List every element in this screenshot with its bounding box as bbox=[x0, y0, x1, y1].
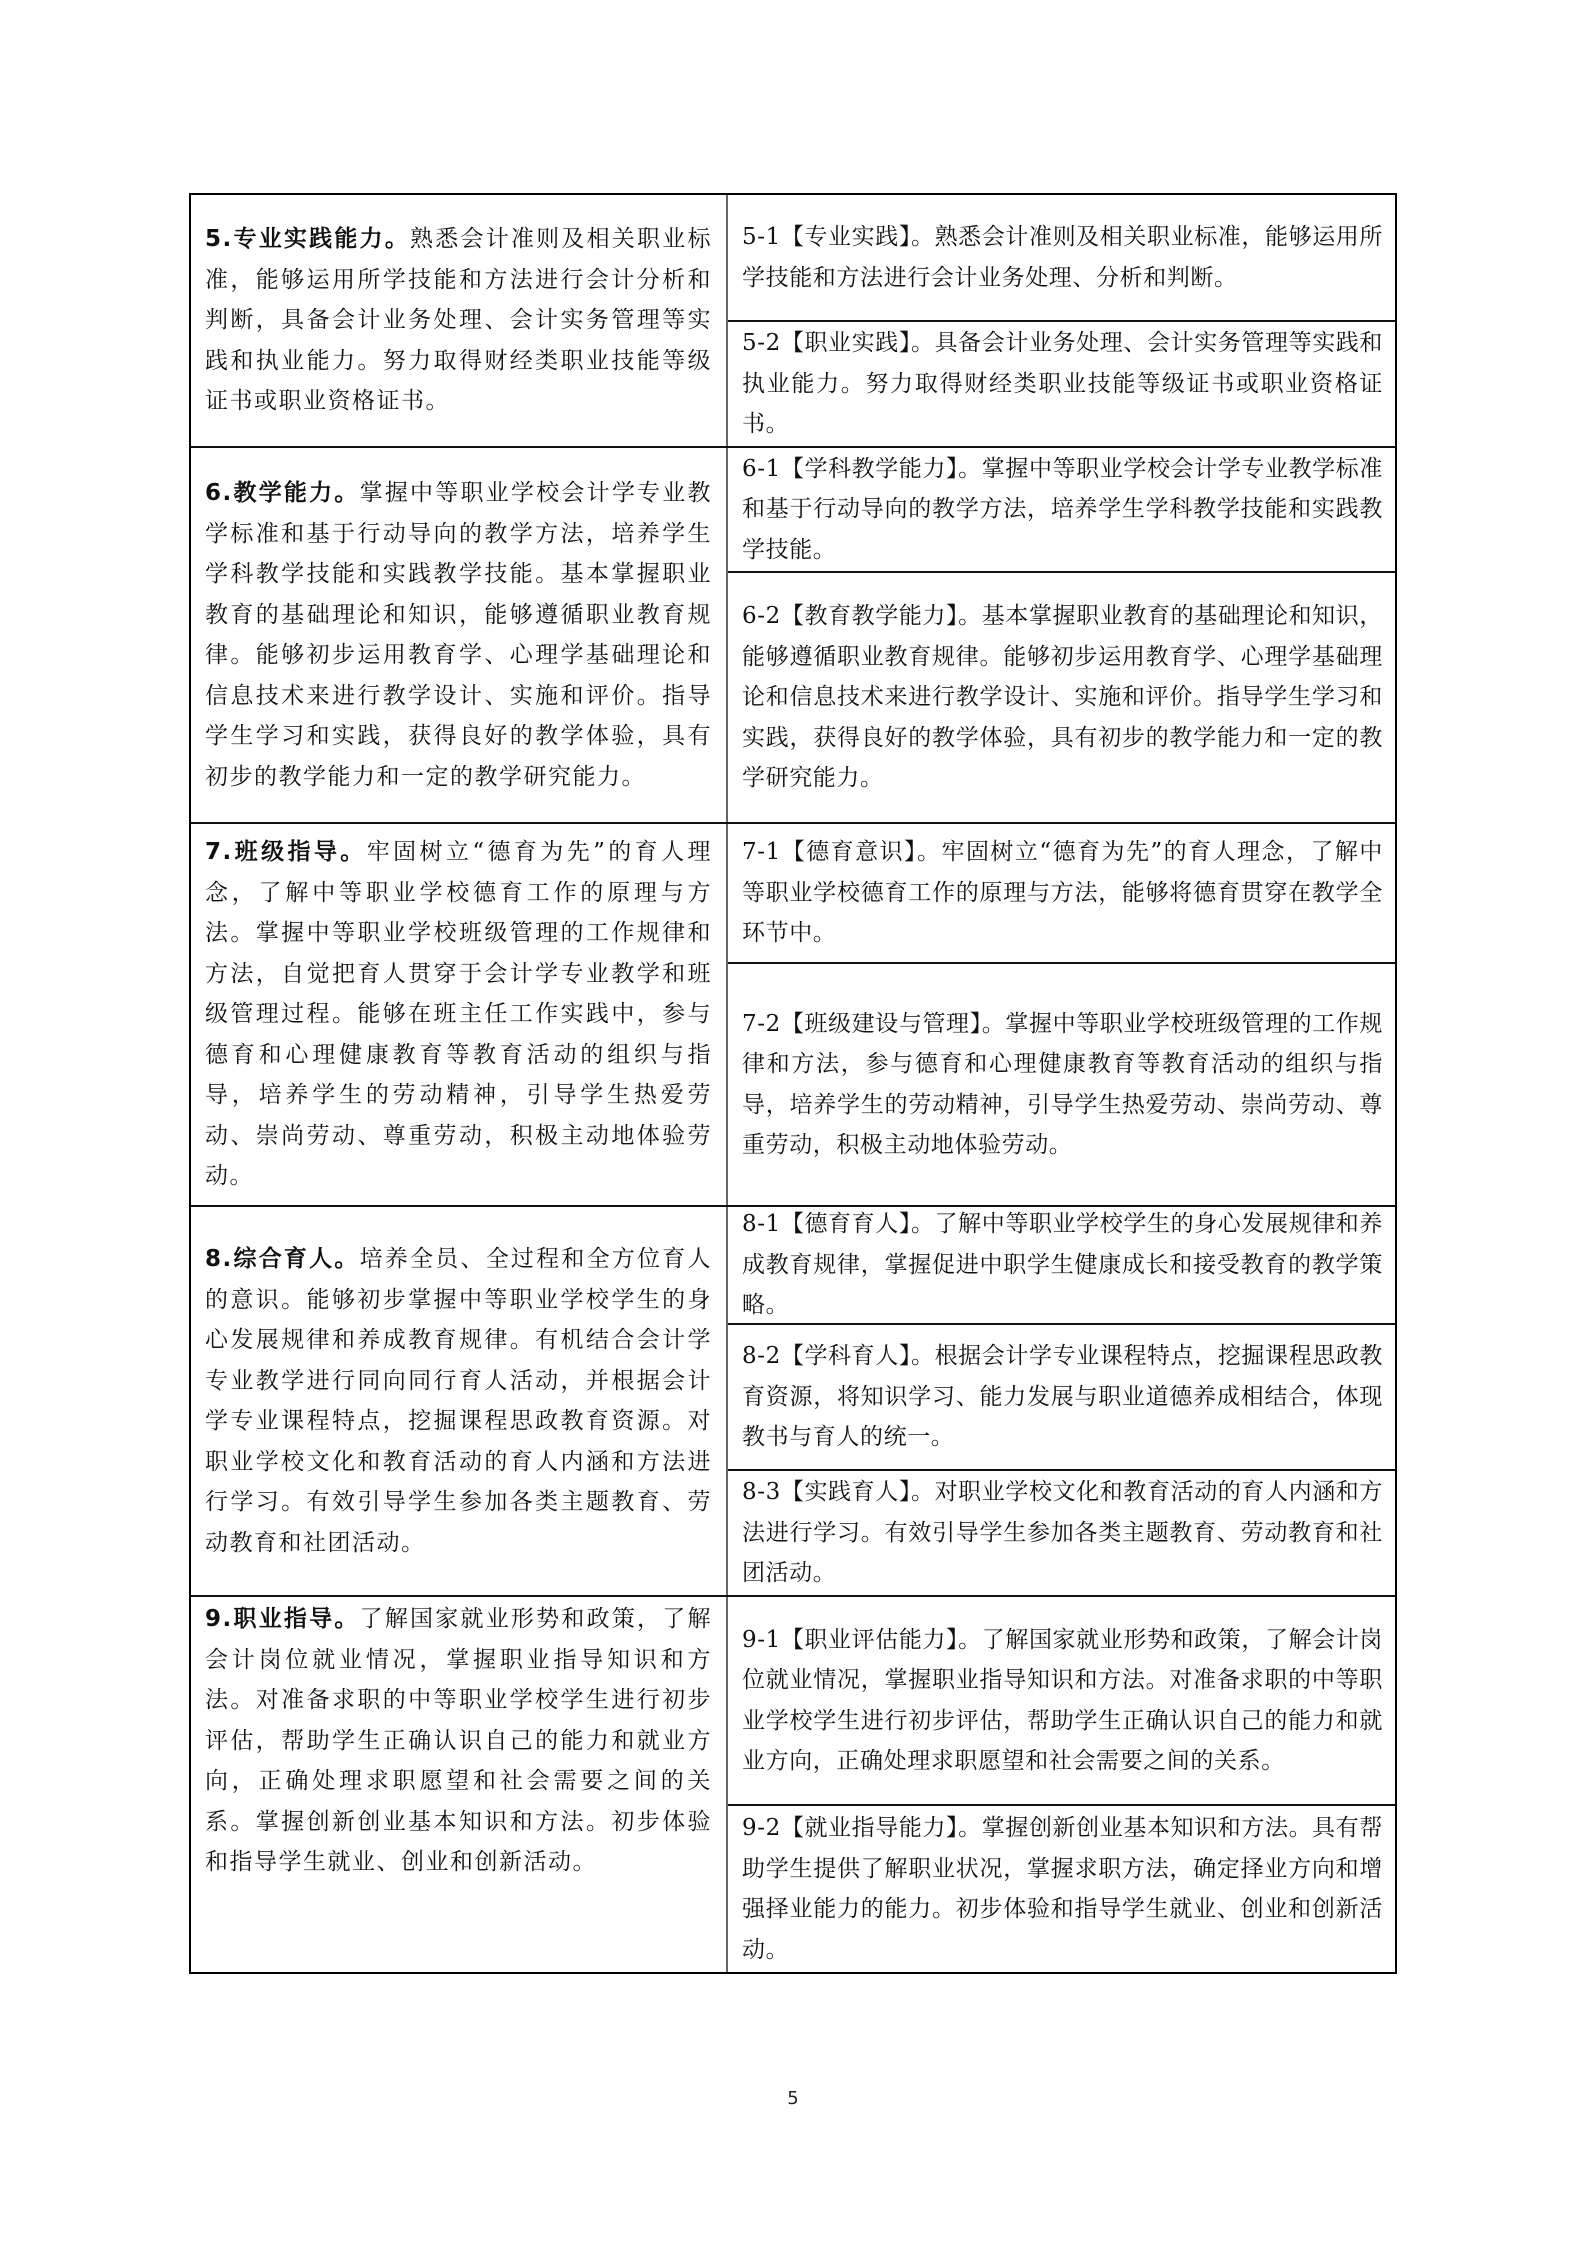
table-row-8: 8.综合育人。培养全员、全过程和全方位育人的意识。能够初步掌握中等职业学校学生的… bbox=[191, 1207, 1395, 1597]
table-row-6: 6.教学能力。掌握中等职业学校会计学专业教学标准和基于行动导向的教学方法，培养学… bbox=[191, 448, 1395, 824]
indicator-text: 9-2【就业指导能力】。掌握创新创业基本知识和方法。具有帮助学生提供了解职业状况… bbox=[742, 1808, 1383, 1970]
requirement-title: 8.综合育人。 bbox=[205, 1246, 360, 1272]
requirement-title: 7.班级指导。 bbox=[205, 839, 367, 865]
indicator-cell-7-1: 7-1【德育意识】。牢固树立“德育为先”的育人理念，了解中等职业学校德育工作的原… bbox=[728, 824, 1395, 964]
requirement-text: 6.教学能力。掌握中等职业学校会计学专业教学标准和基于行动导向的教学方法，培养学… bbox=[205, 473, 712, 797]
table-row-9: 9.职业指导。了解国家就业形势和政策，了解会计岗位就业情况，掌握职业指导知识和方… bbox=[191, 1597, 1395, 1972]
requirement-cell-5: 5.专业实践能力。熟悉会计准则及相关职业标准，能够运用所学技能和方法进行会计分析… bbox=[191, 195, 728, 446]
indicator-cell-6-2: 6-2【教育教学能力】。基本掌握职业教育的基础理论和知识，能够遵循职业教育规律。… bbox=[728, 573, 1395, 822]
indicator-column-9: 9-1【职业评估能力】。了解国家就业形势和政策，了解会计岗位就业情况，掌握职业指… bbox=[728, 1597, 1395, 1972]
indicator-text: 7-1【德育意识】。牢固树立“德育为先”的育人理念，了解中等职业学校德育工作的原… bbox=[742, 832, 1383, 954]
requirement-cell-8: 8.综合育人。培养全员、全过程和全方位育人的意识。能够初步掌握中等职业学校学生的… bbox=[191, 1207, 728, 1595]
indicator-column-8: 8-1【德育育人】。了解中等职业学校学生的身心发展规律和养成教育规律，掌握促进中… bbox=[728, 1207, 1395, 1595]
requirement-text: 8.综合育人。培养全员、全过程和全方位育人的意识。能够初步掌握中等职业学校学生的… bbox=[205, 1239, 712, 1563]
indicator-text: 6-2【教育教学能力】。基本掌握职业教育的基础理论和知识，能够遵循职业教育规律。… bbox=[742, 596, 1383, 799]
indicator-column-5: 5-1【专业实践】。熟悉会计准则及相关职业标准，能够运用所学技能和方法进行会计业… bbox=[728, 195, 1395, 446]
indicator-cell-9-1: 9-1【职业评估能力】。了解国家就业形势和政策，了解会计岗位就业情况，掌握职业指… bbox=[728, 1597, 1395, 1806]
requirement-title: 9.职业指导。 bbox=[205, 1606, 360, 1632]
indicator-text: 5-2【职业实践】。具备会计业务处理、会计实务管理等实践和执业能力。努力取得财经… bbox=[742, 323, 1383, 445]
requirement-cell-9: 9.职业指导。了解国家就业形势和政策，了解会计岗位就业情况，掌握职业指导知识和方… bbox=[191, 1597, 728, 1972]
indicator-column-7: 7-1【德育意识】。牢固树立“德育为先”的育人理念，了解中等职业学校德育工作的原… bbox=[728, 824, 1395, 1205]
indicator-cell-8-2: 8-2【学科育人】。根据会计学专业课程特点，挖掘课程思政教育资源，将知识学习、能… bbox=[728, 1325, 1395, 1471]
table-row-5: 5.专业实践能力。熟悉会计准则及相关职业标准，能够运用所学技能和方法进行会计分析… bbox=[191, 195, 1395, 448]
indicator-text: 9-1【职业评估能力】。了解国家就业形势和政策，了解会计岗位就业情况，掌握职业指… bbox=[742, 1620, 1383, 1782]
indicator-cell-6-1: 6-1【学科教学能力】。掌握中等职业学校会计学专业教学标准和基于行动导向的教学方… bbox=[728, 448, 1395, 573]
indicator-text: 7-2【班级建设与管理】。掌握中等职业学校班级管理的工作规律和方法，参与德育和心… bbox=[742, 1004, 1383, 1166]
requirement-text: 7.班级指导。牢固树立“德育为先”的育人理念，了解中等职业学校德育工作的原理与方… bbox=[205, 832, 712, 1197]
requirement-text: 9.职业指导。了解国家就业形势和政策，了解会计岗位就业情况，掌握职业指导知识和方… bbox=[205, 1599, 712, 1883]
document-page: 5.专业实践能力。熟悉会计准则及相关职业标准，能够运用所学技能和方法进行会计分析… bbox=[0, 0, 1586, 2245]
indicator-cell-5-2: 5-2【职业实践】。具备会计业务处理、会计实务管理等实践和执业能力。努力取得财经… bbox=[728, 322, 1395, 446]
indicator-text: 6-1【学科教学能力】。掌握中等职业学校会计学专业教学标准和基于行动导向的教学方… bbox=[742, 449, 1383, 571]
page-number: 5 bbox=[0, 2088, 1586, 2109]
requirement-text: 5.专业实践能力。熟悉会计准则及相关职业标准，能够运用所学技能和方法进行会计分析… bbox=[205, 219, 712, 422]
requirement-cell-7: 7.班级指导。牢固树立“德育为先”的育人理念，了解中等职业学校德育工作的原理与方… bbox=[191, 824, 728, 1205]
requirement-cell-6: 6.教学能力。掌握中等职业学校会计学专业教学标准和基于行动导向的教学方法，培养学… bbox=[191, 448, 728, 822]
indicator-cell-8-3: 8-3【实践育人】。对职业学校文化和教育活动的育人内涵和方法进行学习。有效引导学… bbox=[728, 1471, 1395, 1595]
table-row-7: 7.班级指导。牢固树立“德育为先”的育人理念，了解中等职业学校德育工作的原理与方… bbox=[191, 824, 1395, 1207]
indicator-cell-7-2: 7-2【班级建设与管理】。掌握中等职业学校班级管理的工作规律和方法，参与德育和心… bbox=[728, 964, 1395, 1205]
competency-table: 5.专业实践能力。熟悉会计准则及相关职业标准，能够运用所学技能和方法进行会计分析… bbox=[189, 193, 1397, 1974]
indicator-text: 5-1【专业实践】。熟悉会计准则及相关职业标准，能够运用所学技能和方法进行会计业… bbox=[742, 217, 1383, 298]
indicator-text: 8-3【实践育人】。对职业学校文化和教育活动的育人内涵和方法进行学习。有效引导学… bbox=[742, 1472, 1383, 1594]
indicator-cell-5-1: 5-1【专业实践】。熟悉会计准则及相关职业标准，能够运用所学技能和方法进行会计业… bbox=[728, 195, 1395, 322]
indicator-cell-9-2: 9-2【就业指导能力】。掌握创新创业基本知识和方法。具有帮助学生提供了解职业状况… bbox=[728, 1806, 1395, 1972]
indicator-cell-8-1: 8-1【德育育人】。了解中等职业学校学生的身心发展规律和养成教育规律，掌握促进中… bbox=[728, 1207, 1395, 1325]
indicator-text: 8-1【德育育人】。了解中等职业学校学生的身心发展规律和养成教育规律，掌握促进中… bbox=[742, 1204, 1383, 1326]
indicator-column-6: 6-1【学科教学能力】。掌握中等职业学校会计学专业教学标准和基于行动导向的教学方… bbox=[728, 448, 1395, 822]
requirement-title: 5.专业实践能力。 bbox=[205, 226, 410, 252]
indicator-text: 8-2【学科育人】。根据会计学专业课程特点，挖掘课程思政教育资源，将知识学习、能… bbox=[742, 1336, 1383, 1458]
requirement-title: 6.教学能力。 bbox=[205, 480, 360, 506]
